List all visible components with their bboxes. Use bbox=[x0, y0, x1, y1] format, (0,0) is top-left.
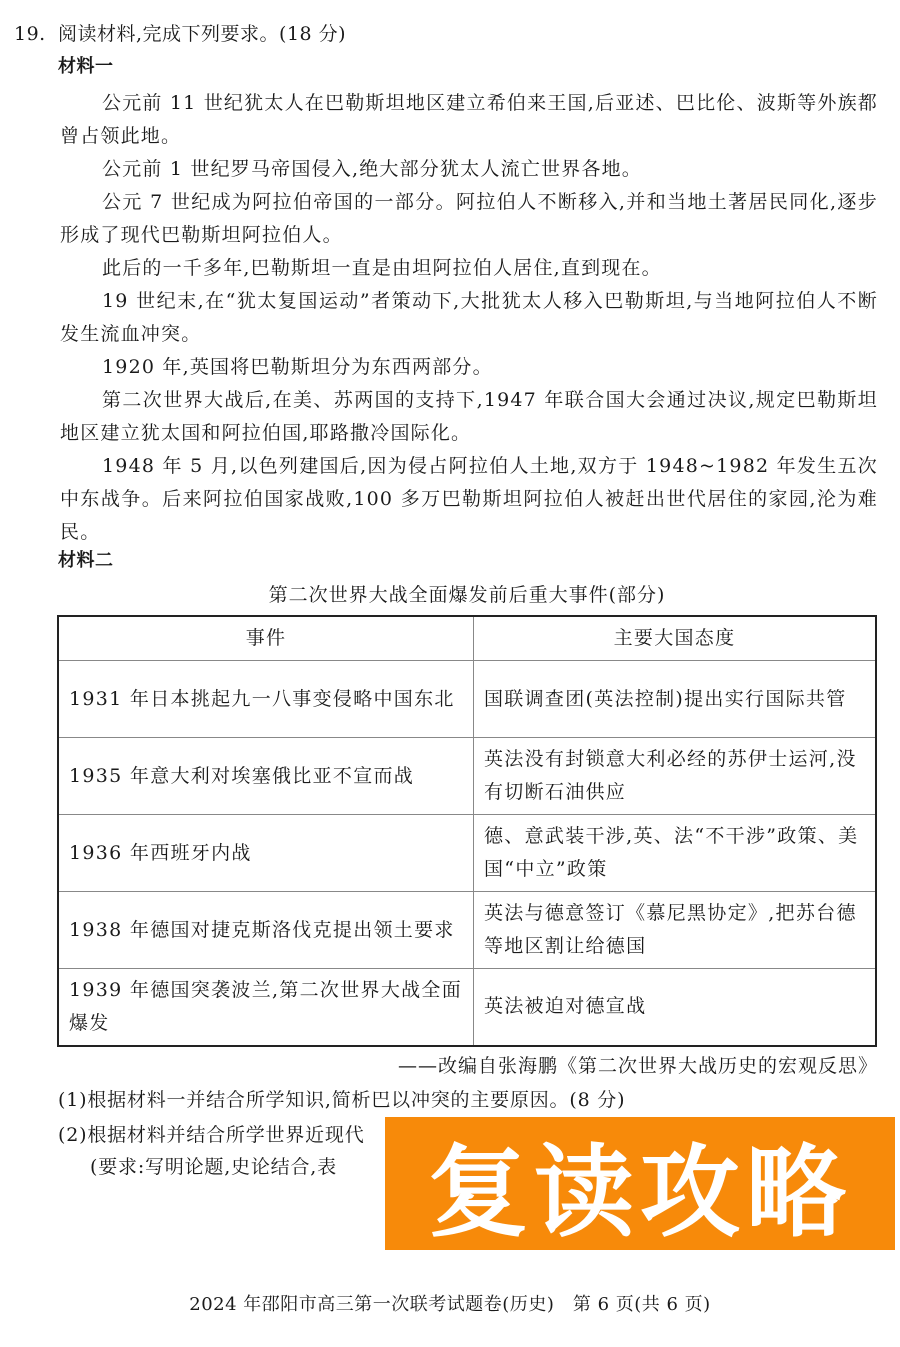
watermark-banner: 复读攻略 bbox=[385, 1117, 895, 1250]
material-one-paragraph: 第二次世界大战后,在美、苏两国的支持下,1947 年联合国大会通过决议,规定巴勒… bbox=[60, 384, 878, 450]
event-cell: 1939 年德国突袭波兰,第二次世界大战全面爆发 bbox=[58, 969, 474, 1046]
table-row: 1939 年德国突袭波兰,第二次世界大战全面爆发 英法被迫对德宣战 bbox=[58, 969, 876, 1046]
sub-question-2-requirement: (要求:写明论题,史论结合,表 bbox=[90, 1152, 337, 1179]
attitude-cell: 国联调查团(英法控制)提出实行国际共管 bbox=[474, 661, 877, 738]
attitude-cell: 英法没有封锁意大利必经的苏伊士运河,没有切断石油供应 bbox=[474, 738, 877, 815]
material-one-label: 材料一 bbox=[58, 55, 114, 79]
material-one-paragraph: 公元前 11 世纪犹太人在巴勒斯坦地区建立希伯来王国,后亚述、巴比伦、波斯等外族… bbox=[60, 87, 878, 153]
event-cell: 1931 年日本挑起九一八事变侵略中国东北 bbox=[58, 661, 474, 738]
material-one-paragraph: 此后的一千多年,巴勒斯坦一直是由坦阿拉伯人居住,直到现在。 bbox=[60, 252, 878, 285]
material-one-paragraph: 1948 年 5 月,以色列建国后,因为侵占阿拉伯人土地,双方于 1948~19… bbox=[60, 450, 878, 549]
material-one-paragraph: 1920 年,英国将巴勒斯坦分为东西两部分。 bbox=[60, 351, 878, 384]
events-table: 事件 主要大国态度 1931 年日本挑起九一八事变侵略中国东北 国联调查团(英法… bbox=[57, 615, 877, 1047]
question-number: 19. bbox=[14, 22, 46, 46]
table-row: 1931 年日本挑起九一八事变侵略中国东北 国联调查团(英法控制)提出实行国际共… bbox=[58, 661, 876, 738]
table-row: 1936 年西班牙内战 德、意武装干涉,英、法“不干涉”政策、美国“中立”政策 bbox=[58, 815, 876, 892]
event-cell: 1935 年意大利对埃塞俄比亚不宣而战 bbox=[58, 738, 474, 815]
table-caption: 第二次世界大战全面爆发前后重大事件(部分) bbox=[57, 580, 877, 607]
material-one-paragraph: 19 世纪末,在“犹太复国运动”者策动下,大批犹太人移入巴勒斯坦,与当地阿拉伯人… bbox=[60, 285, 878, 351]
attitude-cell: 英法与德意签订《慕尼黑协定》,把苏台德等地区割让给德国 bbox=[474, 892, 877, 969]
material-two-label: 材料二 bbox=[58, 549, 114, 573]
sub-question-1: (1)根据材料一并结合所学知识,简析巴以冲突的主要原因。(8 分) bbox=[58, 1085, 625, 1112]
table-source-citation: ——改编自张海鹏《第二次世界大战历史的宏观反思》 bbox=[398, 1051, 878, 1078]
page-footer: 2024 年邵阳市高三第一次联考试题卷(历史) 第 6 页(共 6 页) bbox=[0, 1290, 900, 1316]
material-one-paragraph: 公元前 1 世纪罗马帝国侵入,绝大部分犹太人流亡世界各地。 bbox=[60, 153, 878, 186]
attitude-cell: 德、意武装干涉,英、法“不干涉”政策、美国“中立”政策 bbox=[474, 815, 877, 892]
question-instruction: 阅读材料,完成下列要求。(18 分) bbox=[58, 22, 346, 46]
column-header-event: 事件 bbox=[58, 616, 474, 661]
attitude-cell: 英法被迫对德宣战 bbox=[474, 969, 877, 1046]
event-cell: 1938 年德国对捷克斯洛伐克提出领土要求 bbox=[58, 892, 474, 969]
sub-question-2: (2)根据材料并结合所学世界近现代 bbox=[58, 1120, 365, 1147]
table-row: 1938 年德国对捷克斯洛伐克提出领土要求 英法与德意签订《慕尼黑协定》,把苏台… bbox=[58, 892, 876, 969]
event-cell: 1936 年西班牙内战 bbox=[58, 815, 474, 892]
column-header-attitude: 主要大国态度 bbox=[474, 616, 877, 661]
material-one-paragraph: 公元 7 世纪成为阿拉伯帝国的一部分。阿拉伯人不断移入,并和当地土著居民同化,逐… bbox=[60, 186, 878, 252]
table-row: 1935 年意大利对埃塞俄比亚不宣而战 英法没有封锁意大利必经的苏伊士运河,没有… bbox=[58, 738, 876, 815]
